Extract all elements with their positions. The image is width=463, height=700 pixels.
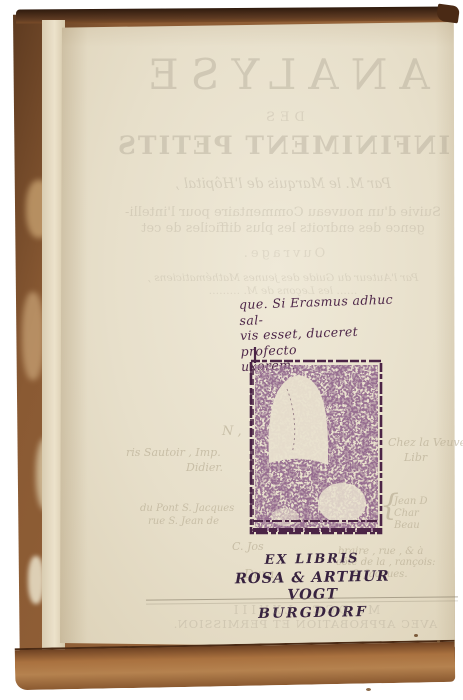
paper-stain [437, 640, 440, 643]
bleedthrough-line: DES [58, 110, 463, 125]
bleedthrough-line: INFINIMENT PETITS [58, 131, 463, 160]
bleedthrough-line: Ouvrage. [58, 246, 463, 261]
offset-text-fragment: Didier. [186, 461, 223, 474]
woodcut-stamp [245, 347, 388, 549]
bleedthrough-imprint-line: M. DCC. LXVIII [80, 603, 463, 617]
offset-text-fragment: Char [394, 508, 419, 519]
offset-text-fragment: Jean D [394, 496, 428, 507]
offset-text-fragment: du Pont S. Jacques [140, 503, 234, 514]
offset-text-fragment: Beau [394, 520, 420, 531]
offset-text-fragment: rue S. Jean de [148, 516, 219, 527]
exlibris-line-1: EX LIBRIS [209, 550, 414, 569]
bleedthrough-imprint-line: AVEC APPROBATION ET PERMISSION. [80, 617, 463, 631]
book-bottom-edge [15, 640, 456, 690]
offset-text-fragment: N , [222, 424, 242, 439]
bleedthrough-line: Suivie d'un nouveau Commentaire pour l'i… [58, 205, 463, 220]
paper-stain [366, 688, 371, 691]
offset-text-fragment: Chez la Veuve [388, 436, 463, 449]
paper-stain [414, 634, 418, 637]
book-photograph: ANALYSE DES INFINIMENT PETITS Par M. le … [0, 0, 463, 700]
leather-scuff [22, 292, 44, 380]
bleedthrough-line: ANALYSE [58, 50, 463, 99]
offset-text-fragment: ris Sautoir , Imp. [126, 446, 221, 459]
bleedthrough-line: Par M. le Marquis de l'Hôpital , [58, 176, 463, 192]
offset-text-fragment: Libr [404, 451, 427, 464]
bleedthrough-line: Par l'Auteur du Guide des jeunes Mathéma… [58, 272, 463, 284]
bleedthrough-line: gence des endroits les plus difficiles d… [58, 221, 463, 236]
